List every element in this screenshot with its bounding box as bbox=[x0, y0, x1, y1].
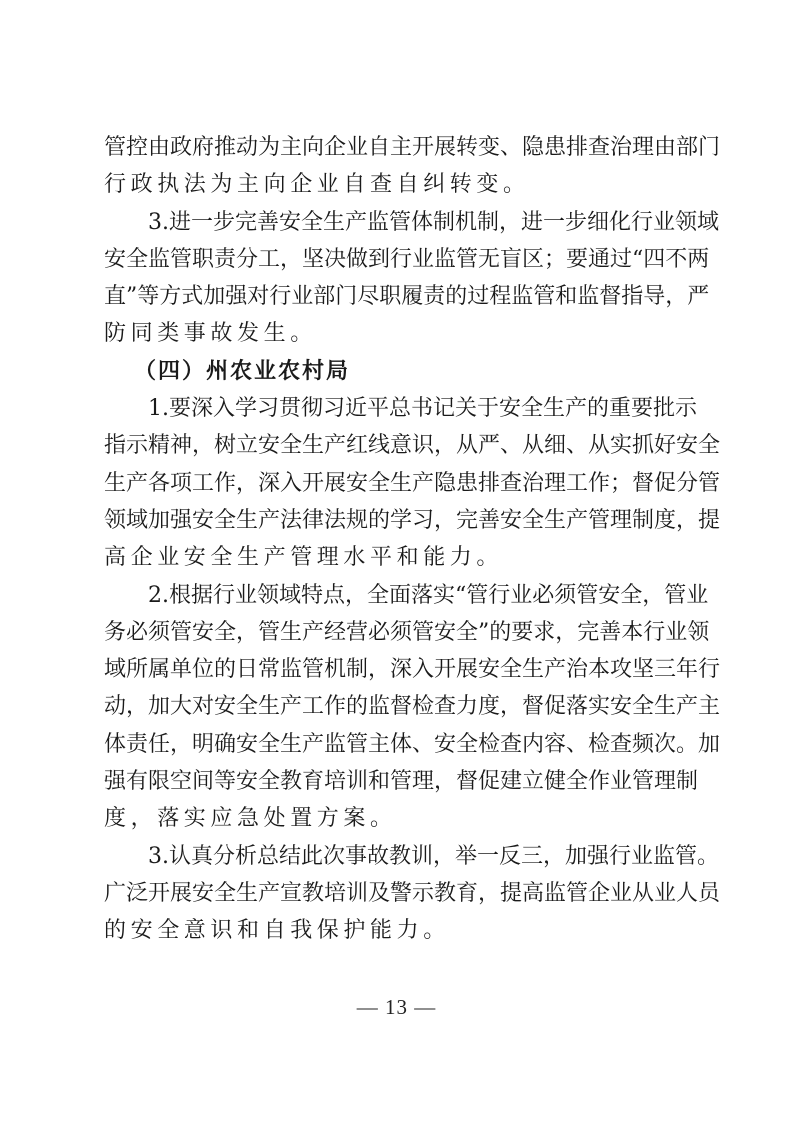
section-item-3: 3.认真分析总结此次事故教训，举一反三，加强行业监管。 广泛开展安全生产宣教培训… bbox=[104, 838, 694, 950]
paragraph-control-shift: 管控由政府推动为主向企业自主开展转变、隐患排查治理由部门 行政执法为主向企业自查… bbox=[104, 129, 694, 204]
text-line: 3.认真分析总结此次事故教训，举一反三，加强行业监管。 bbox=[104, 838, 694, 875]
text-line: 高企业安全生产管理水平和能力。 bbox=[104, 539, 694, 576]
section-item-2: 2.根据行业领域特点，全面落实“管行业必须管安全，管业 务必须管安全，管生产经营… bbox=[104, 577, 694, 838]
section-heading: （四）州农业农村局 bbox=[104, 353, 694, 390]
text-line: 指示精神，树立安全生产红线意识，从严、从细、从实抓好安全 bbox=[104, 427, 694, 464]
text-line: 领域加强安全生产法律法规的学习，完善安全生产管理制度，提 bbox=[104, 502, 694, 539]
text-line: 强有限空间等安全教育培训和管理，督促建立健全作业管理制 bbox=[104, 763, 694, 800]
text-line: 3.进一步完善安全生产监管体制机制，进一步细化行业领域 bbox=[104, 204, 694, 241]
text-line: 的安全意识和自我保护能力。 bbox=[104, 912, 694, 949]
text-line: 1.要深入学习贯彻习近平总书记关于安全生产的重要批示 bbox=[104, 390, 694, 427]
text-line: 广泛开展安全生产宣教培训及警示教育，提高监管企业从业人员 bbox=[104, 875, 694, 912]
text-line: 务必须管安全，管生产经营必须管安全”的要求，完善本行业领 bbox=[104, 614, 694, 651]
page-number: — 13 — bbox=[0, 995, 793, 1020]
text-line: 动，加大对安全生产工作的监督检查力度，督促落实安全生产主 bbox=[104, 688, 694, 725]
document-page: 管控由政府推动为主向企业自主开展转变、隐患排查治理由部门 行政执法为主向企业自查… bbox=[0, 0, 793, 1122]
text-line: 2.根据行业领域特点，全面落实“管行业必须管安全，管业 bbox=[104, 577, 694, 614]
text-line: 防同类事故发生。 bbox=[104, 315, 694, 352]
text-line: 度，落实应急处置方案。 bbox=[104, 800, 694, 837]
text-line: 安全监管职责分工，坚决做到行业监管无盲区；要通过“四不两 bbox=[104, 241, 694, 278]
section-item-1: 1.要深入学习贯彻习近平总书记关于安全生产的重要批示 指示精神，树立安全生产红线… bbox=[104, 390, 694, 576]
paragraph-item-3-previous-section: 3.进一步完善安全生产监管体制机制，进一步细化行业领域 安全监管职责分工，坚决做… bbox=[104, 204, 694, 353]
text-line: 域所属单位的日常监管机制，深入开展安全生产治本攻坚三年行 bbox=[104, 651, 694, 688]
text-line: 生产各项工作，深入开展安全生产隐患排查治理工作；督促分管 bbox=[104, 465, 694, 502]
text-line: 直”等方式加强对行业部门尽职履责的过程监管和监督指导，严 bbox=[104, 278, 694, 315]
text-line: 体责任，明确安全生产监管主体、安全检查内容、检查频次。加 bbox=[104, 726, 694, 763]
text-line: 管控由政府推动为主向企业自主开展转变、隐患排查治理由部门 bbox=[104, 129, 694, 166]
text-line: 行政执法为主向企业自查自纠转变。 bbox=[104, 166, 694, 203]
document-body: 管控由政府推动为主向企业自主开展转变、隐患排查治理由部门 行政执法为主向企业自查… bbox=[104, 129, 694, 950]
